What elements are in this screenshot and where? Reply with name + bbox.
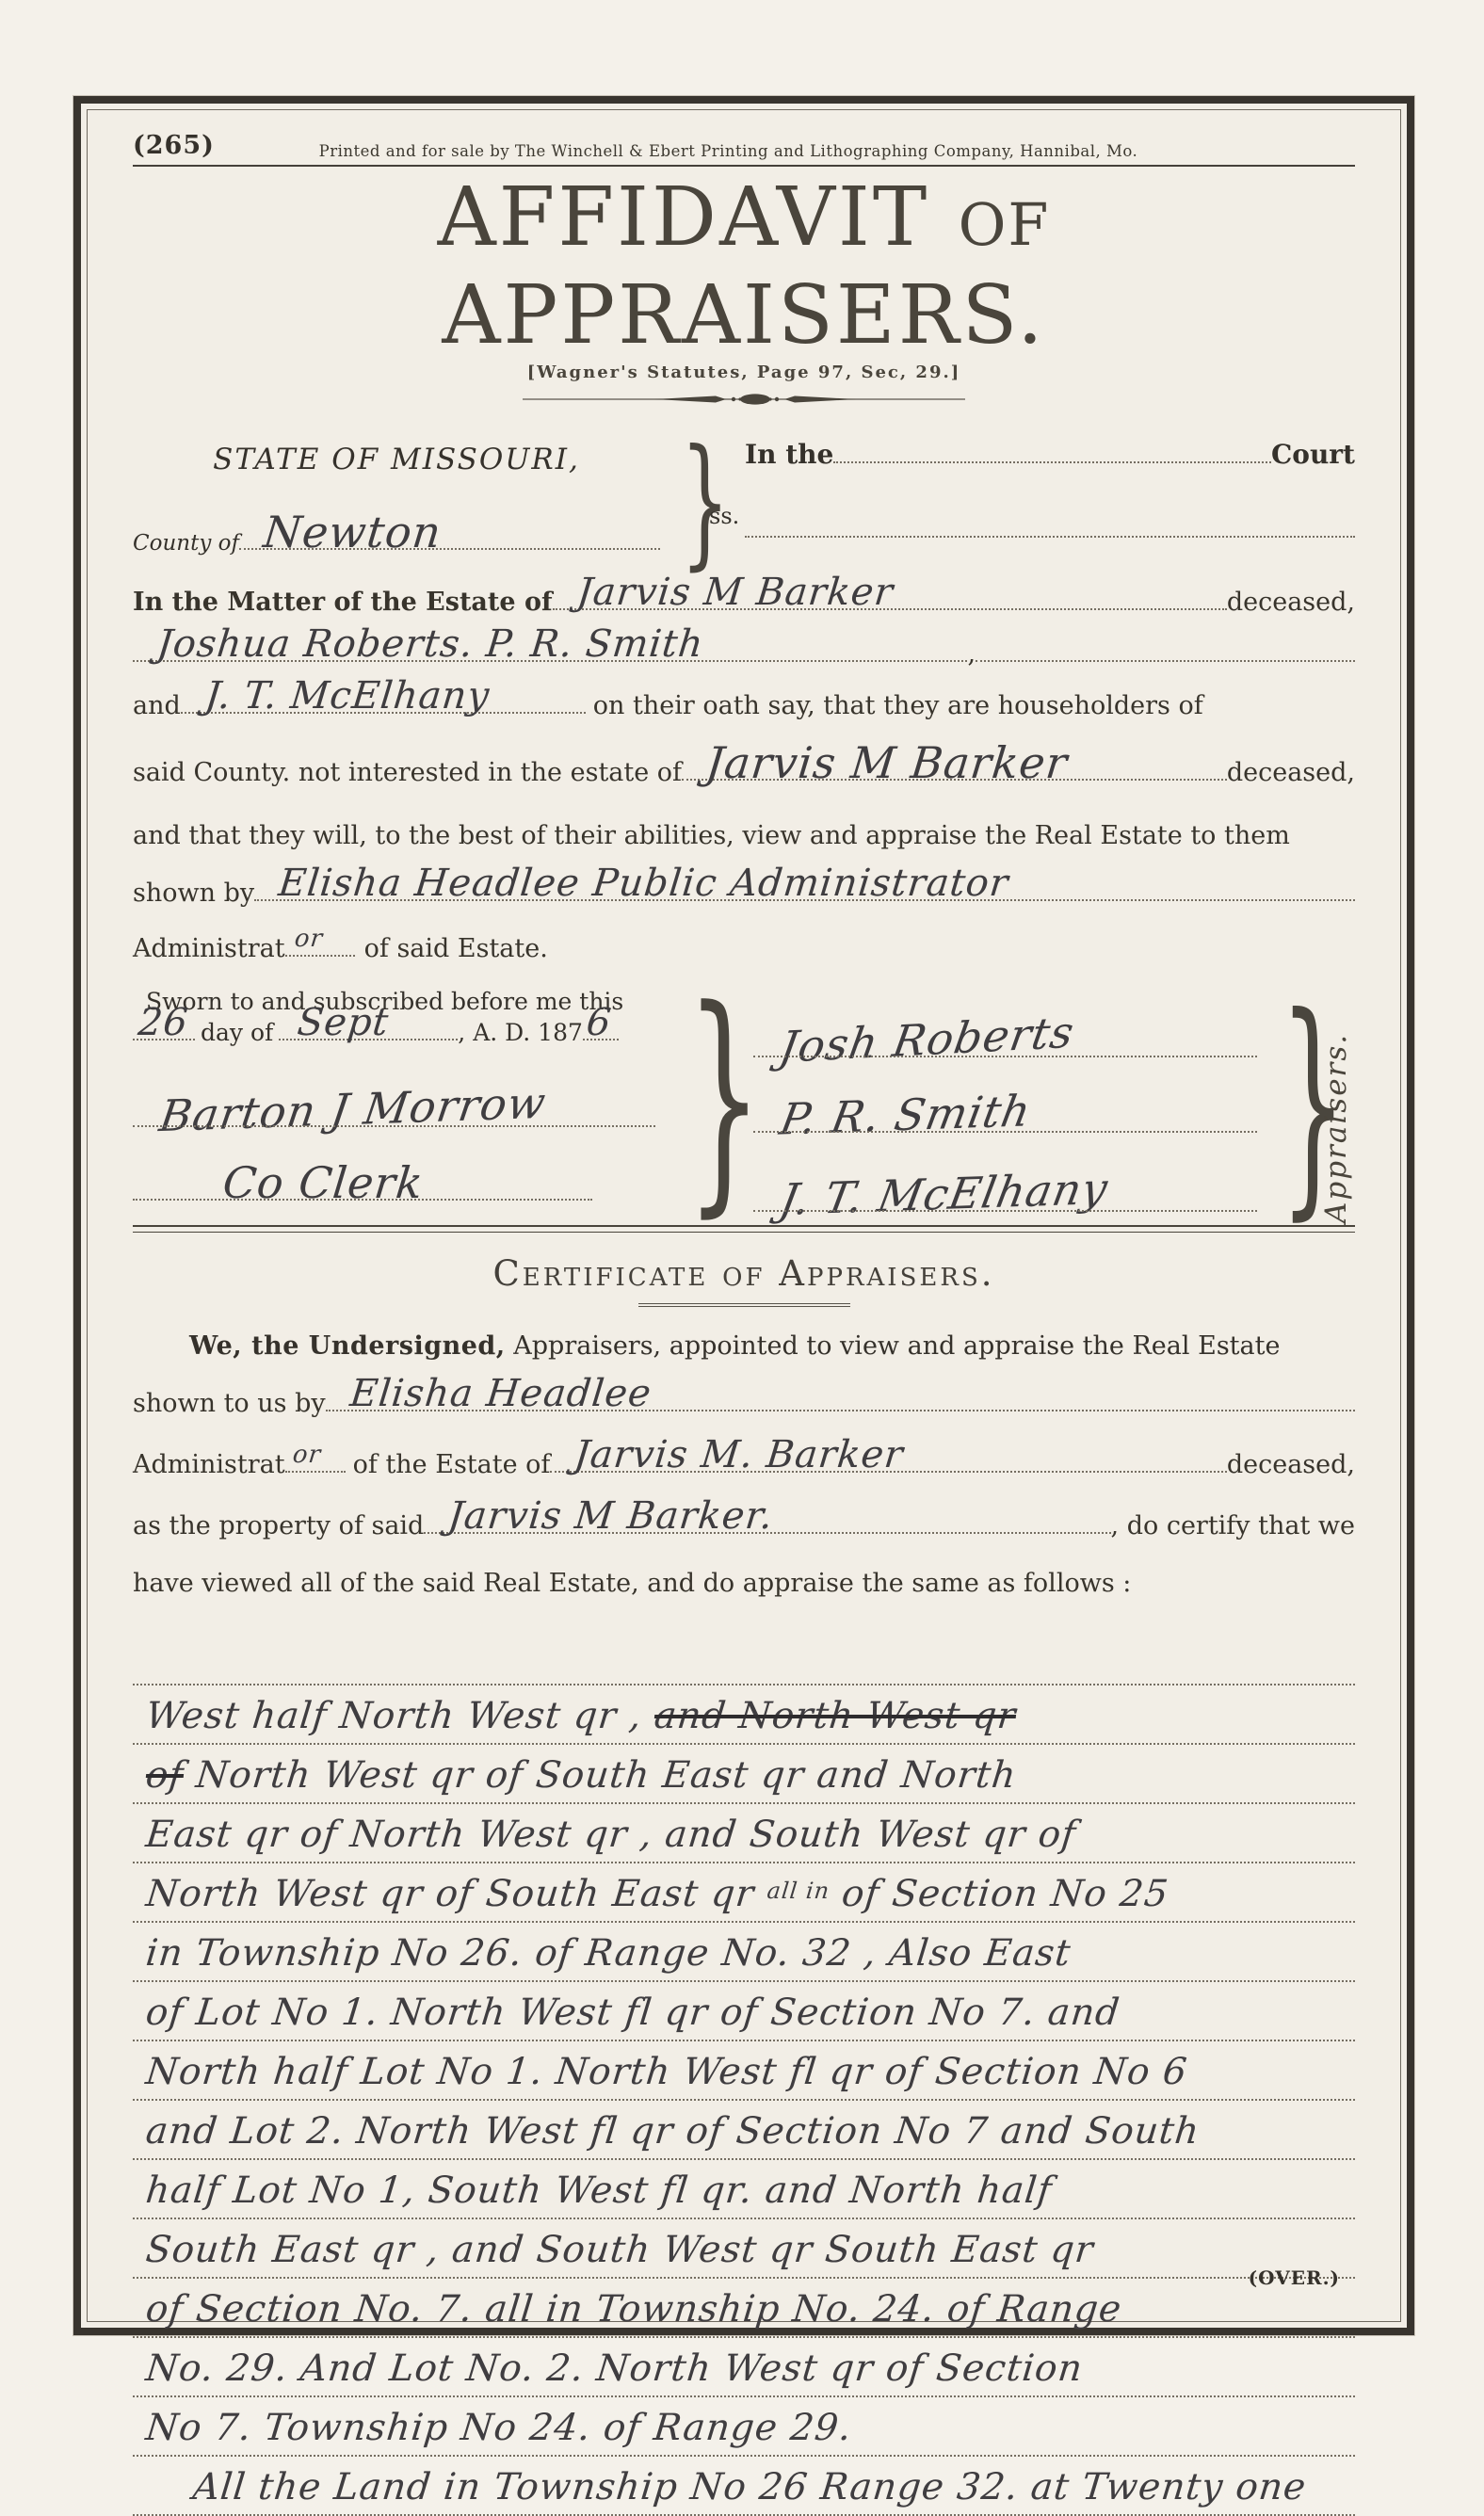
property-label: as the property of said — [133, 1511, 424, 1540]
certify-label: , do certify that we — [1111, 1511, 1355, 1540]
clerk-title-rule — [133, 1199, 592, 1201]
third-appraiser-row: and J. T. McElhany on their oath say, th… — [133, 691, 1355, 720]
ss-brace-column: } ss. — [660, 435, 745, 556]
handwritten-text: All the Land in Township No 26 Range 32.… — [191, 2466, 1309, 2508]
appraisal-line: South East qr , and South West qr South … — [133, 2219, 1355, 2279]
year-handwriting: 6 — [585, 1008, 613, 1037]
viewed-row: have viewed all of the said Real Estate,… — [133, 1569, 1355, 1598]
clerk-title: Co Clerk — [221, 1169, 425, 1197]
document-border-frame: (265) Printed and for sale by The Winche… — [73, 96, 1414, 2335]
court-blank-line — [833, 458, 1271, 463]
appraisal-line-handwriting: All the Land in Township No 26 Range 32.… — [191, 2474, 1307, 2502]
cert-estate-name-line: Jarvis M. Barker — [550, 1467, 1226, 1473]
appraisal-line: North half Lot No 1. North West fl qr of… — [133, 2041, 1355, 2101]
appraisal-line-handwriting: North half Lot No 1. North West fl qr of… — [144, 2058, 1188, 2087]
divider-ornament — [133, 390, 1355, 411]
third-appraiser-handwriting: J. T. McElhany — [203, 682, 491, 710]
shown-to-us-label: shown to us by — [133, 1389, 326, 1418]
appraiser-signature-3: J. T. McElhany — [778, 1174, 1110, 1214]
estate-matter-label: In the Matter of the Estate of — [133, 588, 553, 617]
county-label: County of — [133, 531, 239, 556]
certificate-heading: Certificate of Appraisers. — [133, 1253, 1355, 1294]
property-name-handwriting: Jarvis M Barker. — [447, 1502, 775, 1530]
names-line: Joshua Roberts. P. R. Smith — [133, 656, 967, 662]
day-handwriting: 26 — [137, 1008, 189, 1037]
estate-name-handwriting-2: Jarvis M Barker — [704, 749, 1069, 777]
appraisal-line: No. 29. And Lot No. 2. North West qr of … — [133, 2338, 1355, 2397]
shown-by-line: Elisha Headlee Public Administrator — [254, 895, 1355, 901]
appraiser-signature-2: P. R. Smith — [778, 1096, 1033, 1133]
header-row: (265) Printed and for sale by The Winche… — [133, 131, 1355, 160]
estate-name-handwriting: Jarvis M Barker — [575, 578, 895, 606]
handwritten-text: of Section No 25 — [827, 1873, 1170, 1915]
cert-admin-suffix-handwriting: or — [291, 1441, 322, 1469]
state-line: STATE OF MISSOURI, — [133, 443, 660, 476]
handwritten-text: North half Lot No 1. North West fl qr of… — [144, 2051, 1190, 2093]
names-comma: , — [967, 639, 976, 669]
county-handwriting: Newton — [262, 518, 443, 546]
property-name-line: Jarvis M Barker. — [424, 1528, 1110, 1534]
header-rule — [133, 165, 1355, 167]
lead-rest-text: Appraisers, appointed to view and apprai… — [506, 1331, 1281, 1361]
cert-admin-label: Administrat — [133, 1450, 285, 1479]
court-row: In the Court — [745, 439, 1355, 470]
cert-estate-name-handwriting: Jarvis M. Barker — [573, 1441, 906, 1469]
scanned-document-page: { "page": { "form_number": "(265)", "pri… — [0, 0, 1484, 2431]
shown-by-row: shown by Elisha Headlee Public Administr… — [133, 879, 1355, 908]
appraisal-line-handwriting: of North West qr of South East qr and No… — [144, 1762, 1017, 1790]
ad-label: , A. D. 187 — [458, 1019, 583, 1046]
abilities-row: and that they will, to the best of their… — [133, 821, 1355, 850]
shown-to-us-handwriting: Elisha Headlee — [348, 1379, 653, 1408]
signature-rule-3 — [753, 1210, 1257, 1212]
deceased-label: deceased, — [1227, 588, 1355, 617]
appraisal-line-handwriting: No 7. Township No 24. of Range 29. — [144, 2414, 853, 2443]
court-column: In the Court — [745, 435, 1355, 556]
shown-by-handwriting: Elisha Headlee Public Administrator — [278, 869, 1010, 897]
handwritten-text: North West qr of South East qr — [144, 1873, 769, 1915]
appraisal-line-handwriting: South East qr , and South West qr South … — [144, 2236, 1094, 2265]
appraisal-line-handwriting: North West qr of South East qr all in of… — [144, 1880, 1169, 1912]
appraisers-vertical-label: Appraisers. — [1319, 997, 1353, 1223]
appraisal-line: of North West qr of South East qr and No… — [133, 1745, 1355, 1804]
signature-line: J. T. McElhany — [753, 1133, 1257, 1212]
day-line: 26 — [133, 1035, 195, 1040]
title-main: AFFIDAVIT — [438, 170, 930, 265]
handwritten-text: in Township No 26. of Range No. 32 , Als… — [144, 1932, 1073, 1975]
certificate-heading-rule — [638, 1303, 850, 1307]
title-tail: APPRAISERS. — [442, 268, 1045, 363]
handwritten-text: South East qr , and South West qr South … — [144, 2229, 1096, 2271]
ss-label: ss. — [709, 503, 739, 529]
names-line-2 — [976, 656, 1355, 662]
shown-by-label: shown by — [133, 879, 254, 908]
day-of-label: day of — [201, 1019, 273, 1046]
month-handwriting: Sept — [297, 1008, 391, 1037]
appraisal-line-handwriting: and Lot 2. North West fl qr of Section N… — [144, 2118, 1201, 2146]
appraisal-line: West half North West qr , and North West… — [133, 1685, 1355, 1745]
over-note: (OVER.) — [1249, 2266, 1340, 2289]
title-of: OF — [959, 190, 1051, 259]
and-label: and — [133, 691, 181, 720]
handwritten-text: East qr of North West qr , and South Wes… — [144, 1814, 1078, 1856]
struck-text: of — [144, 1754, 186, 1797]
appraisal-line-handwriting: in Township No 26. of Range No. 32 , Als… — [144, 1940, 1072, 1968]
month-line: Sept — [279, 1035, 458, 1040]
appraisal-line-handwriting: half Lot No 1, South West fl qr. and Nor… — [144, 2177, 1053, 2205]
curly-brace: } — [686, 978, 763, 1218]
shown-to-us-line: Elisha Headlee — [326, 1406, 1355, 1411]
year-line: 6 — [583, 1035, 619, 1040]
cert-deceased-label: deceased, — [1227, 1450, 1355, 1479]
appraisal-line-handwriting: No. 29. And Lot No. 2. North West qr of … — [144, 2355, 1084, 2383]
inserted-text: all in — [766, 1878, 831, 1904]
venue-left: STATE OF MISSOURI, County of Newton — [133, 435, 660, 556]
shown-to-us-row: shown to us by Elisha Headlee — [133, 1389, 1355, 1418]
deceased-label-2: deceased, — [1227, 758, 1355, 787]
appraisers-brace-column: } Appraisers. — [1257, 988, 1355, 1212]
form-number: (265) — [133, 131, 215, 160]
appraisal-line: and Lot 2. North West fl qr of Section N… — [133, 2101, 1355, 2160]
handwritten-text: of Section No. 7. all in Township No. 24… — [144, 2288, 1124, 2331]
appraisal-line-handwriting: East qr of North West qr , and South Wes… — [144, 1821, 1077, 1849]
struck-text: and North West qr — [653, 1695, 1019, 1737]
not-interested-row: said County. not interested in the estat… — [133, 758, 1355, 787]
statute-reference: [Wagner's Statutes, Page 97, Sec, 29.] — [133, 363, 1355, 382]
divider-ornament-graphic — [523, 390, 965, 409]
oath-text: on their oath say, that they are househo… — [593, 691, 1203, 720]
document-inner-frame: (265) Printed and for sale by The Winche… — [87, 109, 1401, 2322]
signatures-column: Josh Roberts P. R. Smith J. T. McElhany — [731, 988, 1257, 1212]
appraisal-line: in Township No 26. of Range No. 32 , Als… — [133, 1923, 1355, 1982]
appraisal-line: of Section No. 7. all in Township No. 24… — [133, 2279, 1355, 2338]
estate-name-line-2: Jarvis M Barker — [682, 775, 1227, 781]
printer-credit-line: Printed and for sale by The Winchell & E… — [215, 142, 1355, 160]
appraisal-line-handwriting: of Lot No 1. North West fl qr of Section… — [144, 1999, 1121, 2027]
third-appraiser-line: J. T. McElhany — [181, 708, 586, 714]
appraisal-line-handwriting: West half North West qr , and North West… — [144, 1702, 1017, 1731]
of-estate-label: of the Estate of — [353, 1450, 551, 1479]
appraisal-line: North West qr of South East qr all in of… — [133, 1863, 1355, 1923]
not-interested-label: said County. not interested in the estat… — [133, 758, 682, 787]
sworn-date-row: 26 day of Sept , A. D. 187 6 — [133, 1019, 655, 1046]
handwritten-text: No 7. Township No 24. of Range 29. — [144, 2407, 854, 2449]
appraisal-line: All the Land in Township No 26 Range 32.… — [133, 2457, 1355, 2516]
appraisal-line: half Lot No 1, South West fl qr. and Nor… — [133, 2160, 1355, 2219]
handwritten-text: and Lot 2. North West fl qr of Section N… — [144, 2110, 1202, 2153]
estate-name-line: Jarvis M Barker — [553, 605, 1227, 610]
county-row: County of Newton — [133, 531, 660, 556]
curly-brace: } — [680, 431, 729, 573]
handwritten-text: North West qr of South East qr and North — [182, 1754, 1019, 1797]
estate-matter-row: In the Matter of the Estate of Jarvis M … — [133, 588, 1355, 617]
appraisal-line-handwriting: of Section No. 7. all in Township No. 24… — [144, 2296, 1122, 2324]
center-brace-column: } — [655, 988, 731, 1212]
appraisal-lines: West half North West qr , and North West… — [133, 1626, 1355, 2516]
administrator-suffix-line: or — [285, 951, 355, 957]
handwritten-text: No. 29. And Lot No. 2. North West qr of … — [144, 2347, 1085, 2390]
handwritten-text: West half North West qr , — [144, 1695, 657, 1737]
document-title: AFFIDAVIT OF APPRAISERS. — [133, 172, 1355, 361]
property-row: as the property of said Jarvis M Barker.… — [133, 1511, 1355, 1540]
appraisal-line: No 7. Township No 24. of Range 29. — [133, 2397, 1355, 2457]
appraisal-line: of Lot No 1. North West fl qr of Section… — [133, 1982, 1355, 2041]
signature-line: P. R. Smith — [753, 1057, 1257, 1133]
cert-administrator-row: Administrat or of the Estate of Jarvis M… — [133, 1450, 1355, 1479]
sworn-block: Sworn to and subscribed before me this 2… — [133, 988, 1355, 1212]
appraiser-names-row: Joshua Roberts. P. R. Smith , — [133, 639, 1355, 669]
clerk-signature-line: Barton J Morrow — [133, 1046, 655, 1127]
appraisal-line — [133, 1626, 1355, 1685]
administrator-suffix-handwriting: or — [293, 925, 324, 953]
viewed-text: have viewed all of the said Real Estate,… — [133, 1569, 1131, 1598]
court-label: Court — [1271, 439, 1355, 470]
cert-admin-suffix-line: or — [285, 1467, 346, 1473]
venue-block: STATE OF MISSOURI, County of Newton } ss… — [133, 435, 1355, 556]
names-handwriting: Joshua Roberts. P. R. Smith — [155, 630, 704, 658]
signature-line: Josh Roberts — [753, 988, 1257, 1057]
certificate-lead-row: We, the Undersigned, Appraisers, appoint… — [133, 1331, 1355, 1361]
we-undersigned-label: We, the Undersigned, — [189, 1331, 506, 1361]
handwritten-text: half Lot No 1, South West fl qr. and Nor… — [144, 2169, 1055, 2212]
abilities-text: and that they will, to the best of their… — [133, 821, 1290, 850]
administrator-label: Administrat — [133, 934, 285, 963]
clerk-title-line: Co Clerk — [133, 1127, 592, 1201]
county-blank-line: Newton — [239, 544, 660, 550]
sworn-text: Sworn to and subscribed before me this — [146, 988, 655, 1015]
court-second-blank-line — [745, 532, 1355, 538]
appraisal-line: East qr of North West qr , and South Wes… — [133, 1804, 1355, 1863]
sworn-left-column: Sworn to and subscribed before me this 2… — [133, 988, 655, 1212]
clerk-signature: Barton J Morrow — [158, 1089, 548, 1130]
in-the-label: In the — [745, 439, 833, 470]
of-said-estate-label: of said Estate. — [364, 934, 548, 963]
handwritten-text: of Lot No 1. North West fl qr of Section… — [144, 1992, 1122, 2034]
